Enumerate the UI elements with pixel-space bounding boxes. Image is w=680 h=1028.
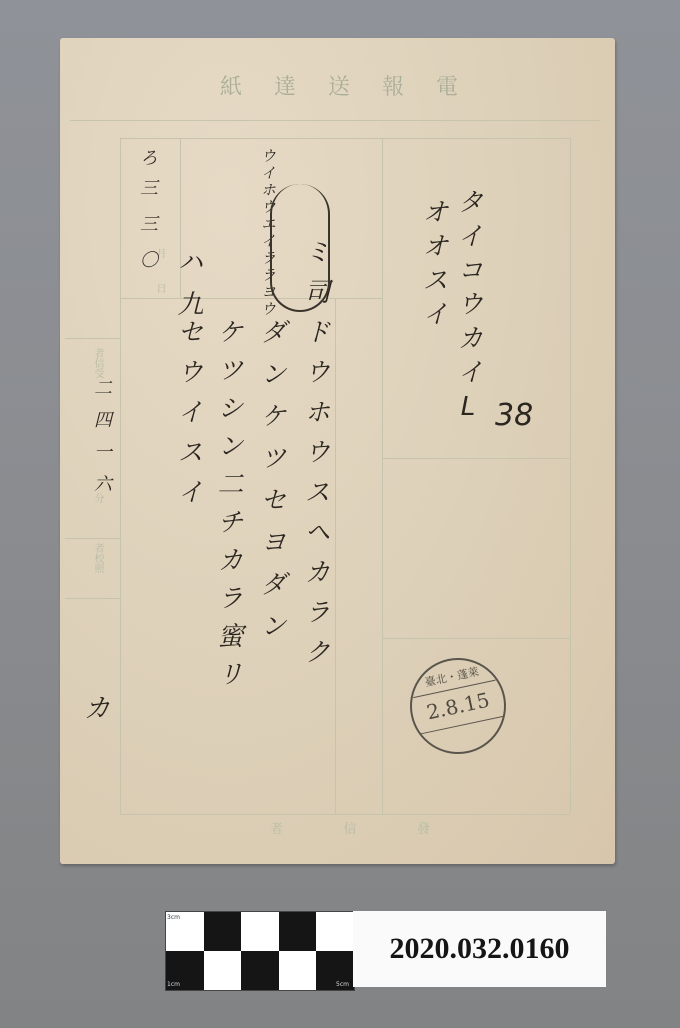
- message-line-3: ケツシン二チカラ蜜リ: [215, 318, 241, 698]
- footer-char: 發: [417, 818, 430, 837]
- title-char: 送: [328, 70, 352, 101]
- number-38: 38: [495, 398, 533, 433]
- footer-char: 者: [270, 818, 283, 837]
- sender-label: 者 信 發: [270, 818, 430, 837]
- scale-label-5cm: 5cm: [336, 981, 349, 988]
- form-line: [70, 120, 600, 121]
- form-line: [570, 138, 571, 814]
- scale-label-1cm: 1cm: [167, 981, 180, 988]
- time-prefix: ろ: [138, 148, 156, 176]
- form-line: [382, 638, 570, 639]
- title-char: 報: [382, 70, 406, 101]
- title-char: 電: [436, 70, 460, 101]
- document-title: 紙 達 送 報 電: [220, 70, 460, 100]
- form-line: [120, 298, 382, 299]
- form-line: [120, 138, 570, 139]
- postmark-stamp: 臺北・蓬萊 2.8.15: [401, 649, 515, 763]
- footer-char: 信: [343, 818, 356, 837]
- left-bottom-mark: カ: [84, 688, 110, 725]
- form-line: [65, 538, 120, 539]
- left-margin-numbers: 二四一六: [92, 378, 110, 506]
- title-char: 達: [274, 70, 298, 101]
- message-line-2: ダンケツセヨダン: [258, 318, 284, 654]
- form-line: [65, 598, 120, 599]
- side-note-2: ハ九: [175, 248, 201, 332]
- form-line: [335, 298, 336, 814]
- scale-bar: [165, 911, 355, 991]
- scale-label-top: 3cm: [167, 914, 180, 921]
- title-char: 紙: [220, 70, 244, 101]
- accession-number-label: 2020.032.0160: [353, 911, 606, 987]
- label-received-by: 者信受: [90, 348, 105, 378]
- telegram-document: 紙 達 送 報 電 月 日 者信受 分 者校照 タイコウカイL オオスイ 38 …: [60, 38, 615, 864]
- circled-annotation: [270, 184, 330, 312]
- message-line-4: セウイスイ: [175, 318, 201, 518]
- address-line-2: オオスイ: [420, 198, 446, 334]
- time-received: 三三〇: [138, 178, 156, 286]
- form-line: [65, 338, 120, 339]
- address-line-1: タイコウカイL: [455, 188, 481, 430]
- form-line: [382, 138, 383, 814]
- form-line: [382, 458, 570, 459]
- form-line: [120, 814, 570, 815]
- label-checked-by: 者校照: [90, 543, 105, 573]
- form-line: [120, 138, 121, 814]
